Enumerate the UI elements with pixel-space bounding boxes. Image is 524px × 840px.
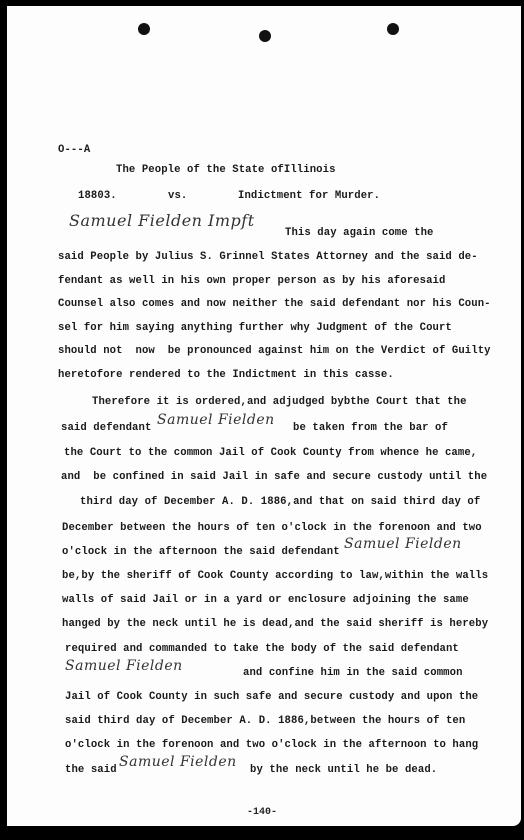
- handwritten-name-4: Samuel Fielden: [119, 754, 237, 770]
- text-line-12: third day of December A. D. 1886,and tha…: [80, 496, 480, 508]
- punch-hole-left: [138, 23, 150, 35]
- handwritten-name-2: Samuel Fielden: [344, 536, 462, 552]
- document-page: O---A The People of the State ofIllinois…: [7, 6, 521, 826]
- handwritten-name-header: Samuel Fielden Impft: [69, 211, 255, 230]
- text-line-9a: said defendant: [61, 422, 151, 434]
- text-line-10: the Court to the common Jail of Cook Cou…: [64, 447, 477, 459]
- text-line-9b: be taken from the bar of: [293, 422, 448, 434]
- text-line-16: walls of said Jail or in a yard or enclo…: [62, 594, 469, 606]
- text-line-15: be,by the sheriff of Cook County accordi…: [62, 570, 488, 582]
- page-number: -140-: [247, 807, 277, 818]
- text-line-18: required and commanded to take the body …: [65, 643, 459, 655]
- header-code: O---A: [58, 144, 90, 156]
- text-line-7: heretofore rendered to the Indictment in…: [58, 369, 394, 381]
- caption-versus: vs.: [168, 190, 187, 202]
- punch-hole-center: [259, 30, 271, 42]
- text-line-13: December between the hours of ten o'cloc…: [62, 522, 482, 534]
- text-line-3: fendant as well in his own proper person…: [58, 275, 445, 287]
- text-line-21: said third day of December A. D. 1886,be…: [65, 715, 465, 727]
- text-line-4: Counsel also comes and now neither the s…: [58, 298, 491, 310]
- text-line-19: and confine him in the said common: [243, 667, 463, 679]
- handwritten-name-1: Samuel Fielden: [157, 412, 275, 428]
- text-line-6: should not now be pronounced against him…: [58, 345, 491, 357]
- punch-hole-right: [387, 23, 399, 35]
- text-line-8: Therefore it is ordered,and adjudged byb…: [92, 396, 467, 408]
- text-line-17: hanged by the neck until he is dead,and …: [62, 618, 488, 630]
- text-line-2: said People by Julius S. Grinnel States …: [58, 251, 478, 263]
- handwritten-name-3: Samuel Fielden: [65, 658, 183, 674]
- caption-plaintiff: The People of the State ofIllinois: [116, 164, 336, 176]
- text-line-11: and be confined in said Jail in safe and…: [61, 471, 487, 483]
- text-line-14: o'clock in the afternoon the said defend…: [62, 546, 340, 558]
- caption-charge: Indictment for Murder.: [238, 190, 380, 202]
- case-number: 18803.: [78, 190, 117, 202]
- text-line-23a: the said: [65, 764, 117, 776]
- text-line-22: o'clock in the forenoon and two o'clock …: [65, 739, 478, 751]
- text-line-20: Jail of Cook County in such safe and sec…: [65, 691, 478, 703]
- text-line-5: sel for him saying anything further why …: [58, 322, 452, 334]
- text-line-23b: by the neck until he be dead.: [250, 764, 437, 776]
- text-line-1: This day again come the: [285, 227, 434, 239]
